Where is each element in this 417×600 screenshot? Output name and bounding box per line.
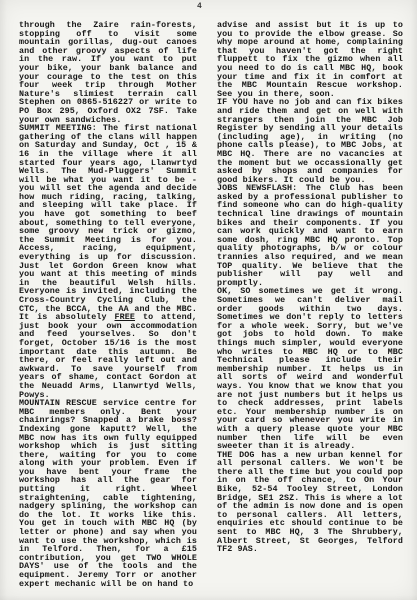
membership-number-paragraph: OK, SO sometimes we get it wrong. Someti…	[217, 287, 403, 450]
summit-meeting-paragraph: SUMMIT MEETING: The first national gathe…	[19, 124, 197, 399]
zaire-trip-paragraph: through the Zaire rain-forests, stopping…	[19, 21, 197, 124]
right-column: advise and assist but it is up to you to…	[217, 21, 403, 554]
summit-meeting-text-before: SUMMIT MEETING: The first national gathe…	[19, 123, 197, 322]
the-dog-kennel-paragraph: THE DOG has a new urban kennel for all p…	[217, 451, 403, 554]
page-number: 4	[197, 2, 203, 11]
jobs-newsflash-paragraph: JOBS NEWSFLASH: The Club has been asked …	[217, 184, 403, 287]
job-register-paragraph: IF YOU have no job and can fix bikes and…	[217, 98, 403, 184]
workshop-advice-paragraph: advise and assist but it is up to you to…	[217, 21, 403, 98]
left-column: through the Zaire rain-forests, stopping…	[19, 21, 197, 588]
summit-meeting-text-after: to attend, just book your own accommodat…	[19, 312, 197, 399]
scanned-newsletter-page: 4 through the Zaire rain-forests, stoppi…	[0, 0, 417, 600]
mountain-rescue-paragraph: MOUNTAIN RESCUE service centre for MBC m…	[19, 399, 197, 588]
